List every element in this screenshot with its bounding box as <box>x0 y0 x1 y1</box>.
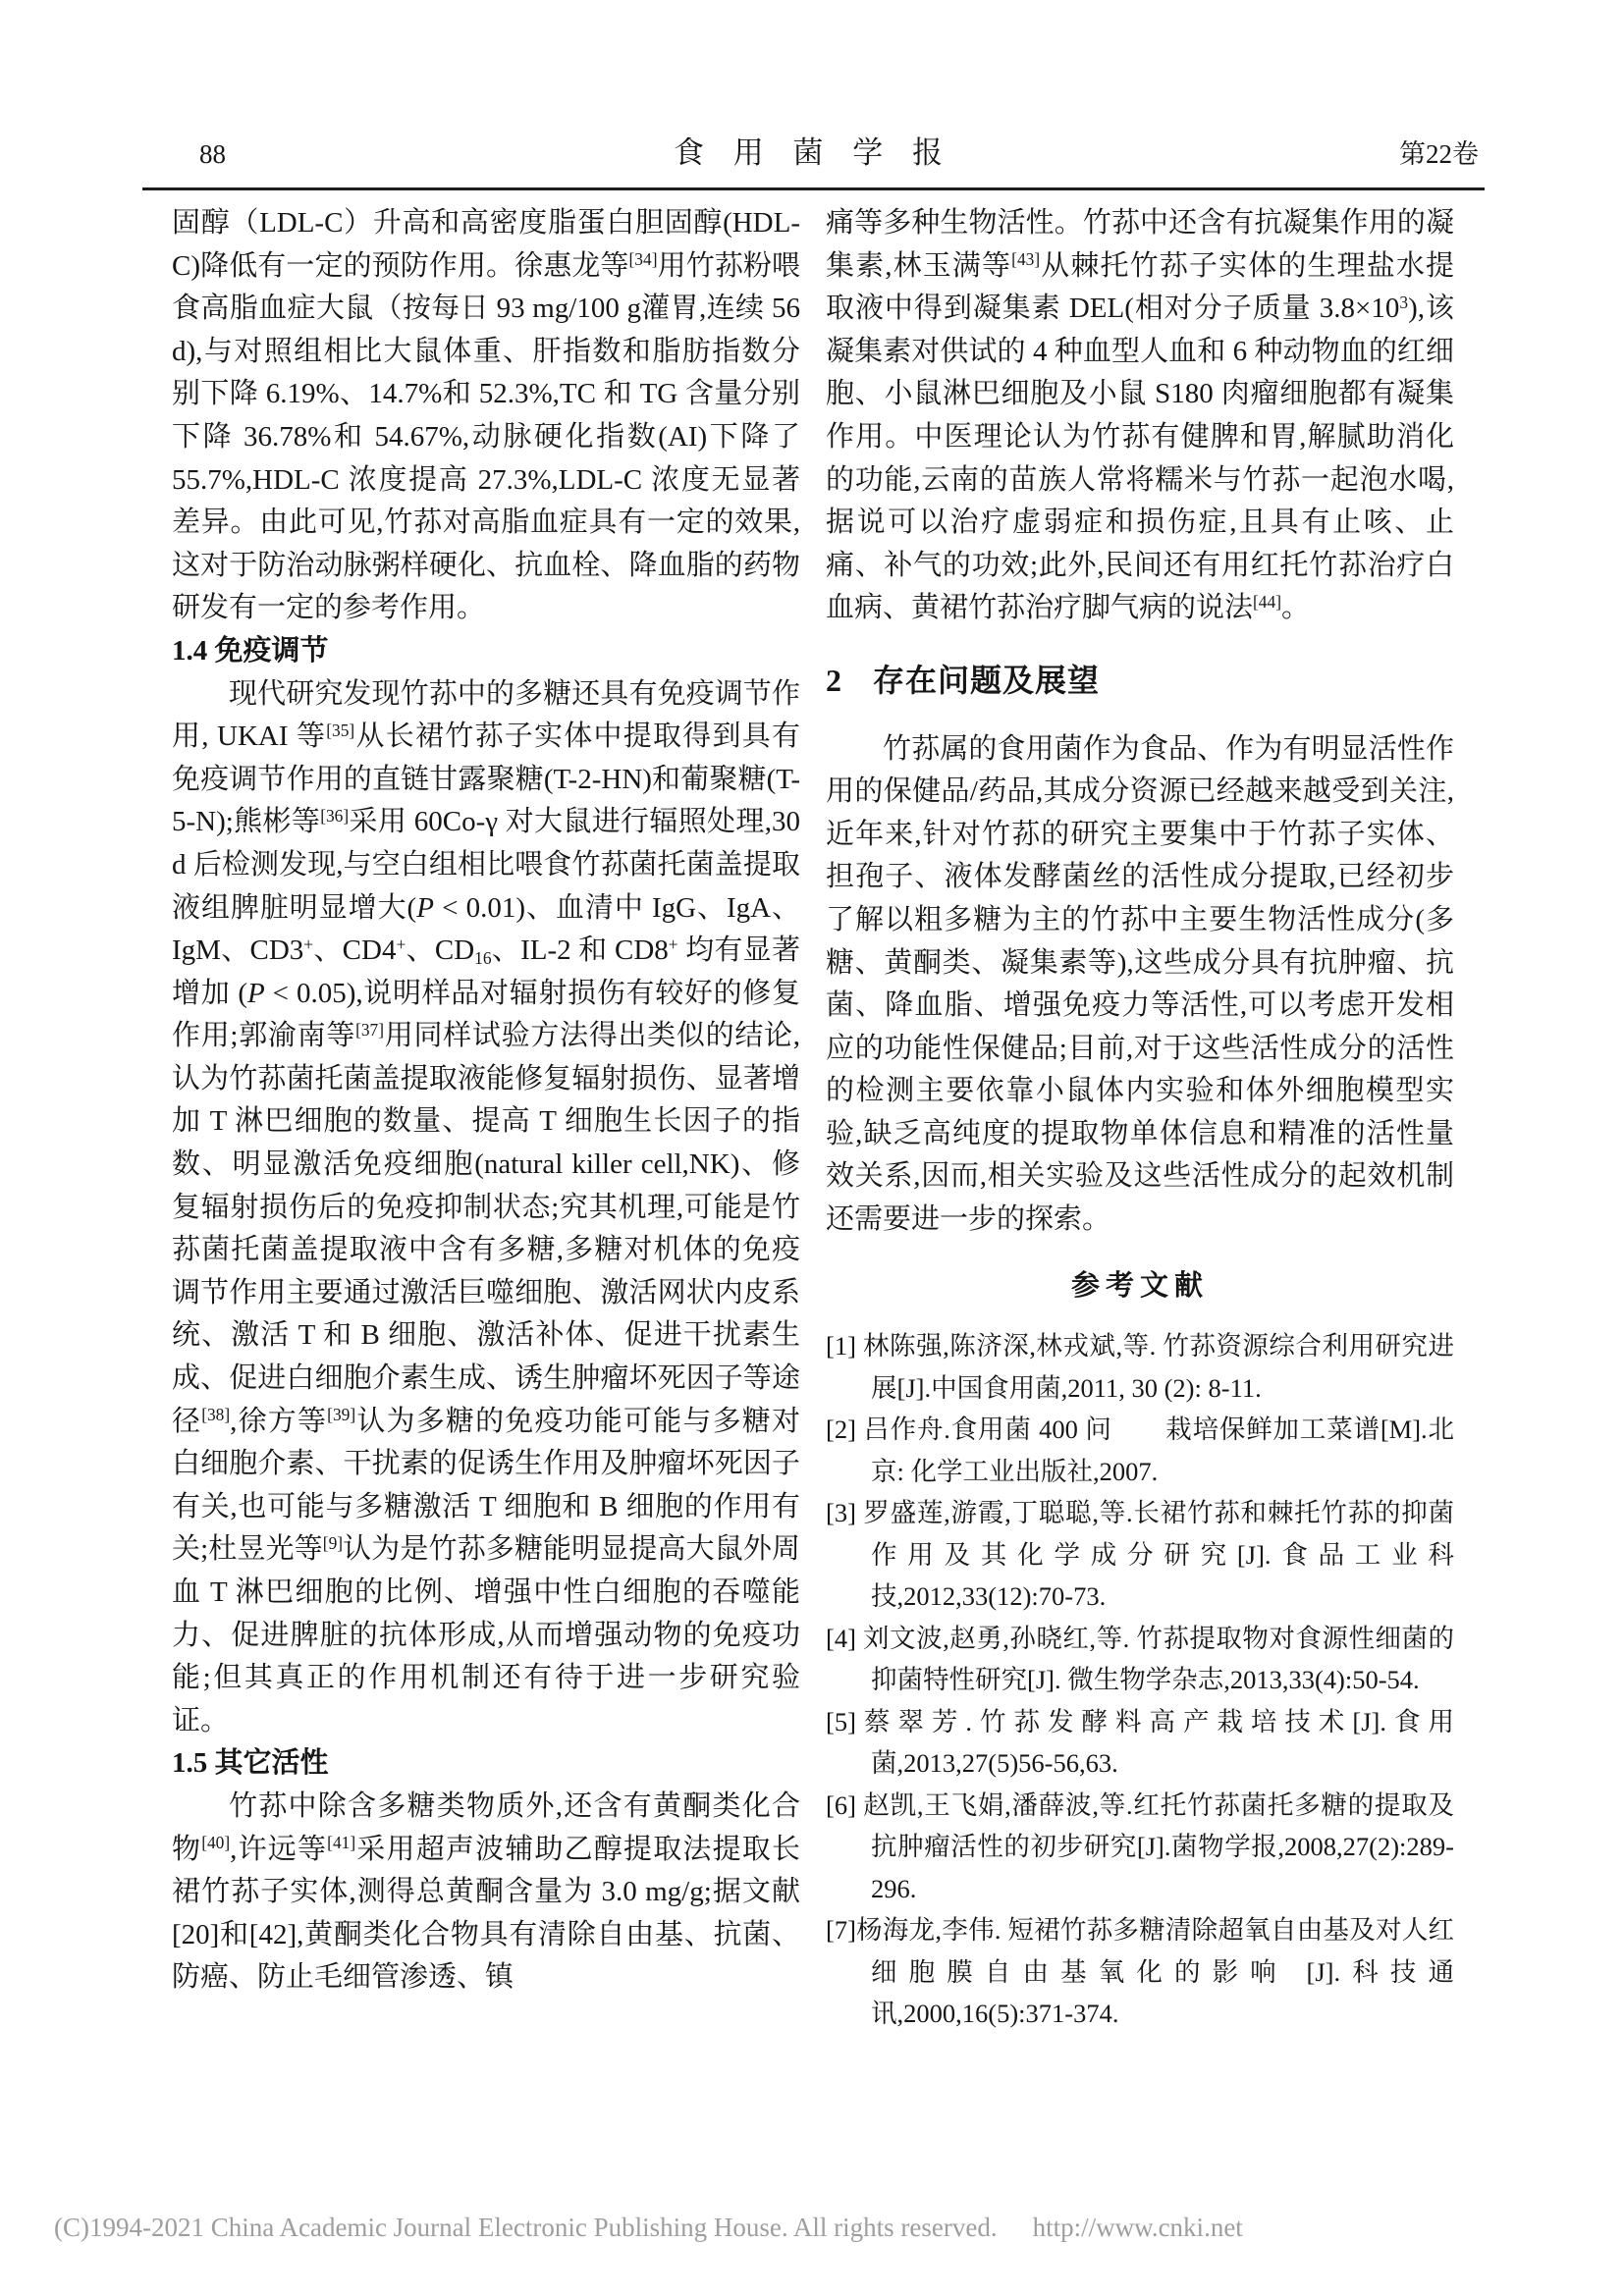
volume-number: 第22卷 <box>953 133 1485 171</box>
reference-item: [1] 林陈强,陈济深,林戎斌,等. 竹荪资源综合利用研究进展[J].中国食用菌… <box>826 1325 1454 1409</box>
reference-item: [4] 刘文波,赵勇,孙晓红,等. 竹荪提取物对食源性细菌的抑菌特性研究[J].… <box>826 1618 1454 1701</box>
superscript-citation: [41] <box>327 1833 355 1852</box>
superscript-citation: + <box>303 934 313 954</box>
subsection-heading: 1.5 其它活性 <box>172 1742 800 1786</box>
text-run: 、IL-2 和 CD8 <box>492 934 669 966</box>
references-heading: 参考文献 <box>826 1265 1454 1308</box>
left-column: 固醇（LDL-C）升高和高密度脂蛋白胆固醇(HDL-C)降低有一定的预防作用。徐… <box>172 202 800 2035</box>
text-run: [2] 吕作舟.食用菌 400 问 栽培保鲜加工菜谱[M].北京: 化学工业出版… <box>826 1415 1454 1486</box>
italic-symbol: P <box>247 978 265 1009</box>
superscript-citation: [44] <box>1253 592 1281 612</box>
text-run: 参考文献 <box>1071 1270 1209 1302</box>
reference-item: [2] 吕作舟.食用菌 400 问 栽培保鲜加工菜谱[M].北京: 化学工业出版… <box>826 1409 1454 1492</box>
superscript-citation: [36] <box>320 806 349 826</box>
text-run: 竹荪属的食用菌作为食品、作为有明显活性作用的保健品/药品,其成分资源已经越来越受… <box>826 733 1454 1236</box>
superscript-citation: [35] <box>326 721 354 740</box>
page-number: 88 <box>142 139 674 170</box>
italic-symbol: P <box>416 892 434 924</box>
superscript-citation: + <box>396 934 406 954</box>
superscript-citation: [9] <box>323 1533 343 1553</box>
paragraph: 固醇（LDL-C）升高和高密度脂蛋白胆固醇(HDL-C)降低有一定的预防作用。徐… <box>172 202 800 630</box>
text-run: 1.4 免疫调节 <box>172 635 329 667</box>
text-run: 用竹荪粉喂食高脂血症大鼠（按每日 93 mg/100 g灌胃,连续 56 d),… <box>172 250 800 624</box>
scanned-paper-page: 88 食 用 菌 学 报 第22卷 固醇（LDL-C）升高和高密度脂蛋白胆固醇(… <box>0 0 1624 2296</box>
reference-item: [6] 赵凯,王飞娟,潘薛波,等.红托竹荪菌托多糖的提取及抗肿瘤活性的初步研究[… <box>826 1785 1454 1910</box>
two-column-body: 固醇（LDL-C）升高和高密度脂蛋白胆固醇(HDL-C)降低有一定的预防作用。徐… <box>172 202 1454 2035</box>
superscript-citation: [34] <box>629 249 658 269</box>
superscript-citation: [38] <box>201 1405 230 1424</box>
text-run: ,许远等 <box>230 1834 327 1865</box>
reference-item: [3] 罗盛莲,游霞,丁聪聪,等.长裙竹荪和棘托竹荪的抑菌作用及其化学成分研究[… <box>826 1492 1454 1618</box>
cnki-url: http://www.cnki.net <box>1033 2213 1243 2243</box>
superscript-citation: + <box>669 934 678 954</box>
text-run: [7]杨海龙,李伟. 短裙竹荪多糖清除超氧自由基及对人红细胞膜自由基氧化的影响 … <box>826 1915 1454 2028</box>
text-run: ),该凝集素对供试的 4 种血型人血和 6 种动物血的红细胞、小鼠淋巴细胞及小鼠… <box>826 293 1454 623</box>
text-run: [6] 赵凯,王飞娟,潘薛波,等.红托竹荪菌托多糖的提取及抗肿瘤活性的初步研究[… <box>826 1790 1454 1903</box>
text-run: 存在问题及展望 <box>873 663 1100 698</box>
text-run: [1] 林陈强,陈济深,林戎斌,等. 竹荪资源综合利用研究进展[J].中国食用菌… <box>826 1331 1454 1403</box>
superscript-citation: [43] <box>1011 249 1040 269</box>
subscript: 16 <box>474 948 491 968</box>
text-run: 用同样试验方法得出类似的结论,认为竹荪菌托菌盖提取液能修复辐射损伤、显著增加 T… <box>172 1020 800 1436</box>
section-number: 2 <box>826 663 841 698</box>
copyright-notice: (C)1994-2021 China Academic Journal Elec… <box>54 2213 998 2243</box>
subsection-heading: 1.4 免疫调节 <box>172 630 800 673</box>
text-run: [3] 罗盛莲,游霞,丁聪聪,等.长裙竹荪和棘托竹荪的抑菌作用及其化学成分研究[… <box>826 1498 1454 1611</box>
text-run: 1.5 其它活性 <box>172 1747 329 1779</box>
section-heading: 2存在问题及展望 <box>826 660 1454 703</box>
superscript-citation: 3 <box>1399 293 1408 312</box>
text-run: ,徐方等 <box>230 1406 327 1437</box>
paragraph: 竹荪属的食用菌作为食品、作为有明显活性作用的保健品/药品,其成分资源已经越来越受… <box>826 728 1454 1242</box>
paragraph: 竹荪中除含多糖类物质外,还含有黄酮类化合物[40],许远等[41]采用超声波辅助… <box>172 1786 800 2000</box>
reference-item: [5]蔡翠芳.竹荪发酵料高产栽培技术[J].食用菌,2013,27(5)56-5… <box>826 1701 1454 1785</box>
superscript-citation: [40] <box>201 1833 230 1852</box>
text-run: 。 <box>1281 592 1310 623</box>
paragraph: 现代研究发现竹荪中的多糖还具有免疫调节作用, UKAI 等[35]从长裙竹荪子实… <box>172 673 800 1743</box>
superscript-citation: [37] <box>355 1020 384 1040</box>
paragraph: 痛等多种生物活性。竹荪中还含有抗凝集作用的凝集素,林玉满等[43]从棘托竹荪子实… <box>826 202 1454 630</box>
text-run: [4] 刘文波,赵勇,孙晓红,等. 竹荪提取物对食源性细菌的抑菌特性研究[J].… <box>826 1624 1454 1695</box>
running-head: 88 食 用 菌 学 报 第22卷 <box>142 128 1485 190</box>
text-run: 、CD4 <box>313 934 396 966</box>
journal-title: 食 用 菌 学 报 <box>674 128 953 172</box>
right-column: 痛等多种生物活性。竹荪中还含有抗凝集作用的凝集素,林玉满等[43]从棘托竹荪子实… <box>826 202 1454 2035</box>
scan-footer: (C)1994-2021 China Academic Journal Elec… <box>54 2213 1585 2243</box>
reference-item: [7]杨海龙,李伟. 短裙竹荪多糖清除超氧自由基及对人红细胞膜自由基氧化的影响 … <box>826 1909 1454 2035</box>
text-run: [5]蔡翠芳.竹荪发酵料高产栽培技术[J].食用菌,2013,27(5)56-5… <box>826 1707 1454 1779</box>
text-run: 、CD <box>406 934 474 966</box>
superscript-citation: [39] <box>327 1405 355 1424</box>
